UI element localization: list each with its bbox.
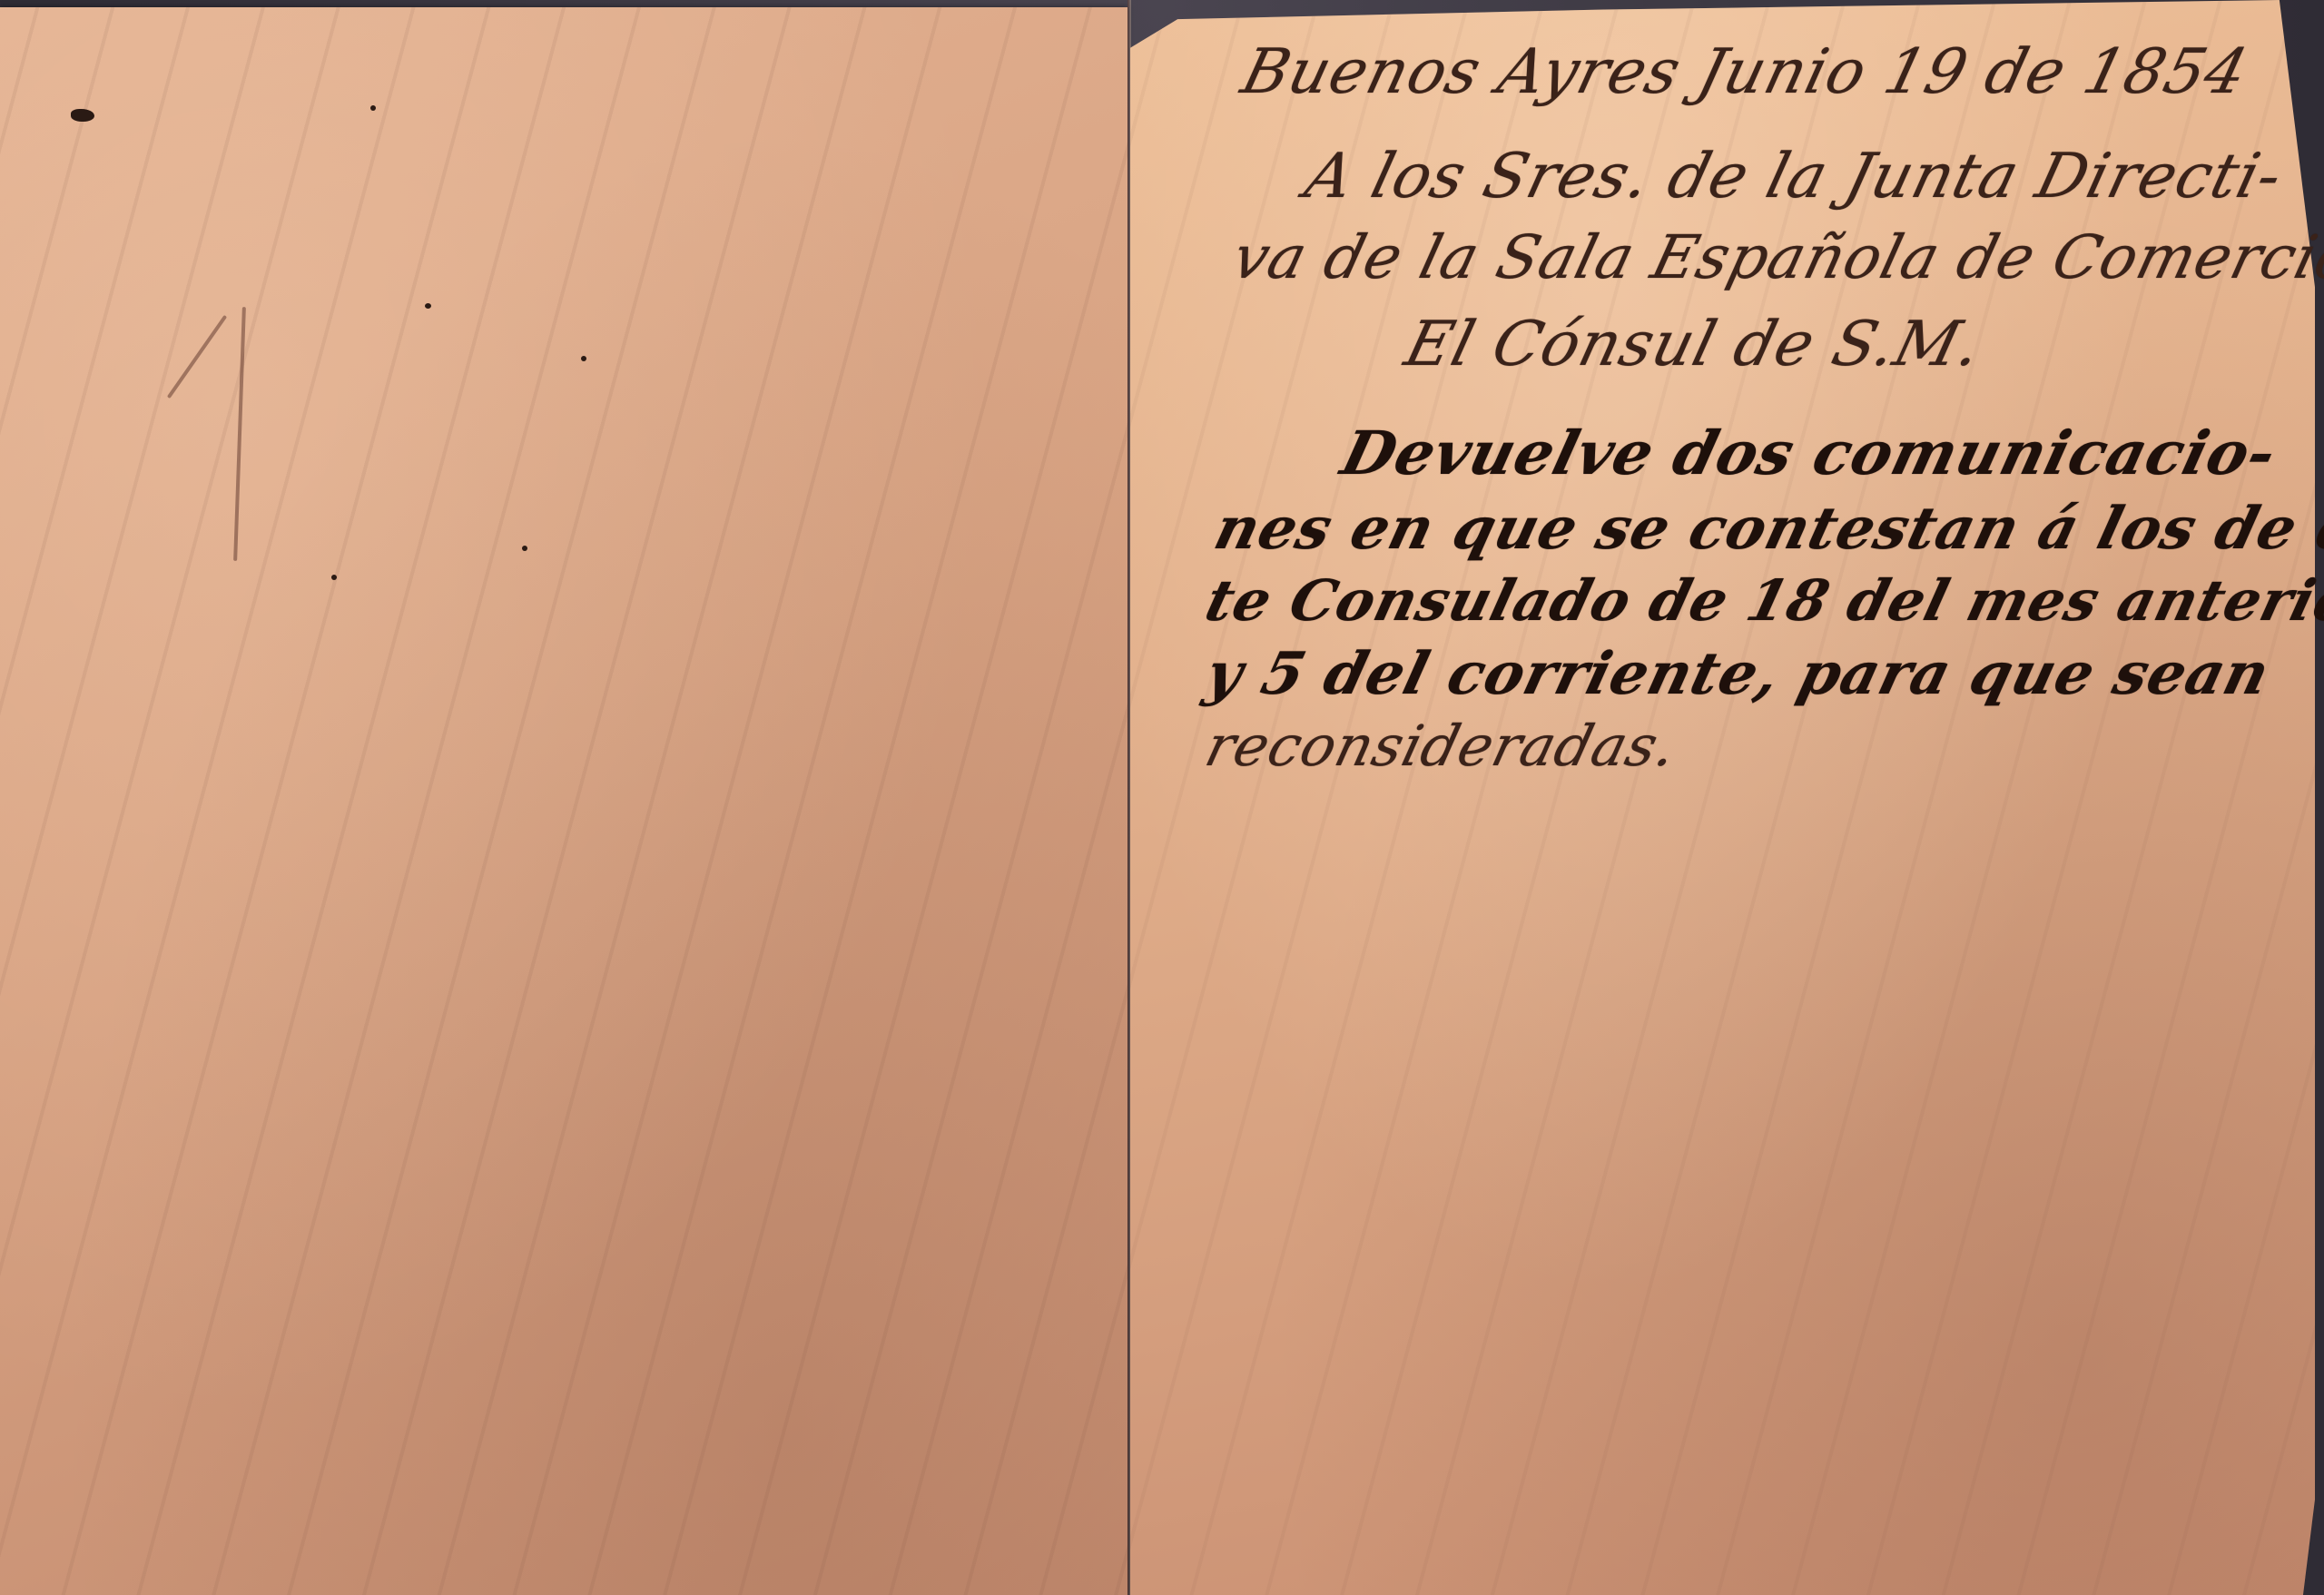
body-line-5: reconsideradas. <box>1199 713 1684 779</box>
ink-dot <box>581 356 586 361</box>
ink-dot <box>522 546 527 551</box>
place-date-line: Buenos Ayres Junio 19 de 1854 <box>1235 36 2255 108</box>
addressee-line-2: va de la Sala Española de Comercio. <box>1226 222 2324 292</box>
ink-dot <box>425 303 431 309</box>
body-line-1: Devuelve dos comunicacio- <box>1334 418 2283 488</box>
body-line-3: te Consulado de 18 del mes anterior <box>1199 567 2324 634</box>
sender-line: El Cónsul de S.M. <box>1398 309 1989 380</box>
ink-blot <box>71 109 94 122</box>
ink-dot <box>331 575 337 580</box>
left-page <box>0 7 1128 1595</box>
ink-dot <box>370 105 376 111</box>
addressee-line-1: A los Sres. de la Junta Directi- <box>1298 141 2290 212</box>
ink-bleed-through <box>0 7 1128 1595</box>
body-line-2: nes en que se contestan á los de es- <box>1208 495 2324 563</box>
body-line-4: y 5 del corriente, para que sean <box>1199 640 2277 708</box>
